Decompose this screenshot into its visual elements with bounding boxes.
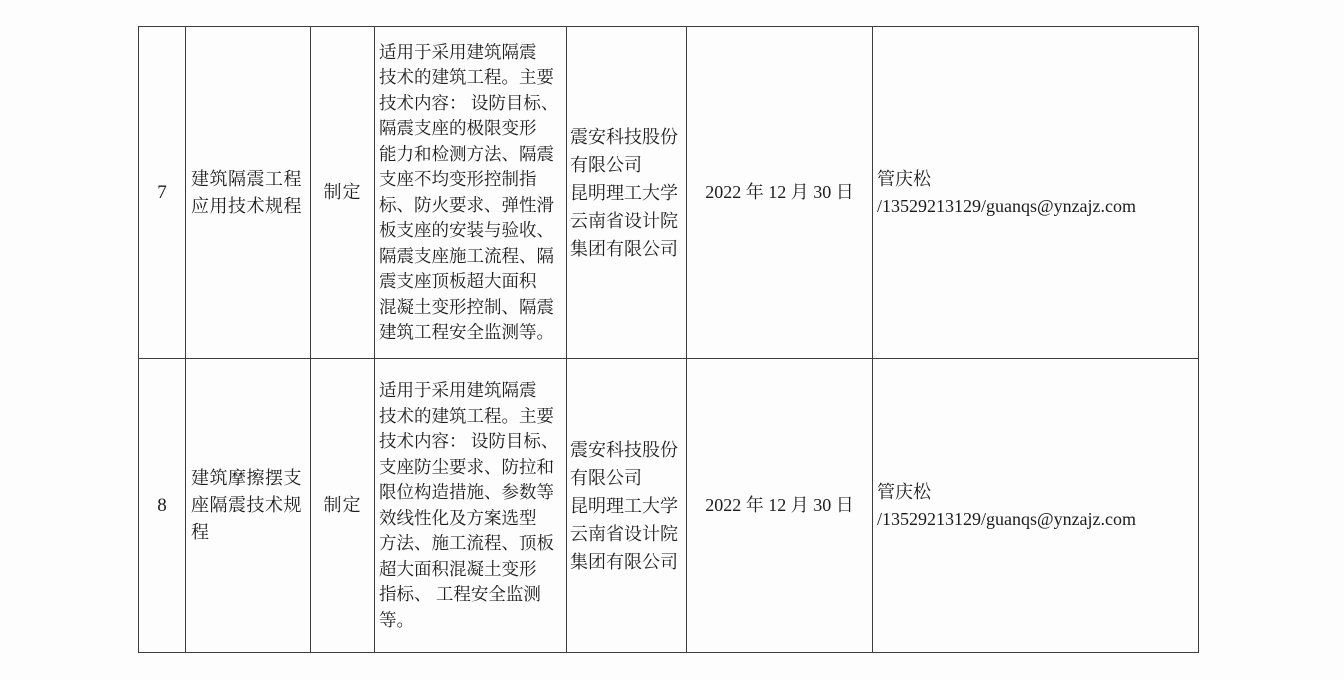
- completion-date: 2022 年 12 月 30 日: [687, 359, 873, 653]
- scope-and-content: 适用于采用建筑隔震技术的建筑工程。主要技术内容： 设防目标、支座防尘要求、防拉和…: [375, 359, 567, 653]
- responsible-organizations: 震安科技股份有限公司昆明理工大学云南省设计院集团有限公司: [567, 27, 687, 359]
- completion-date: 2022 年 12 月 30 日: [687, 27, 873, 359]
- project-title: 建筑隔震工程应用技术规程: [186, 27, 311, 359]
- contact-info: 管庆松/13529213129/guanqs@ynzajz.com: [873, 27, 1199, 359]
- row-number: 8: [139, 359, 186, 653]
- scanned-page: 7 建筑隔震工程应用技术规程 制定 适用于采用建筑隔震技术的建筑工程。主要技术内…: [0, 0, 1344, 680]
- scope-and-content: 适用于采用建筑隔震技术的建筑工程。主要技术内容： 设防目标、隔震支座的极限变形能…: [375, 27, 567, 359]
- table-row: 8 建筑摩擦摆支座隔震技术规程 制定 适用于采用建筑隔震技术的建筑工程。主要技术…: [139, 359, 1199, 653]
- table-row: 7 建筑隔震工程应用技术规程 制定 适用于采用建筑隔震技术的建筑工程。主要技术内…: [139, 27, 1199, 359]
- formulation-method: 制定: [311, 359, 375, 653]
- formulation-method: 制定: [311, 27, 375, 359]
- responsible-organizations: 震安科技股份有限公司昆明理工大学云南省设计院集团有限公司: [567, 359, 687, 653]
- row-number: 7: [139, 27, 186, 359]
- standards-plan-table: 7 建筑隔震工程应用技术规程 制定 适用于采用建筑隔震技术的建筑工程。主要技术内…: [138, 26, 1199, 653]
- project-title: 建筑摩擦摆支座隔震技术规程: [186, 359, 311, 653]
- contact-info: 管庆松/13529213129/guanqs@ynzajz.com: [873, 359, 1199, 653]
